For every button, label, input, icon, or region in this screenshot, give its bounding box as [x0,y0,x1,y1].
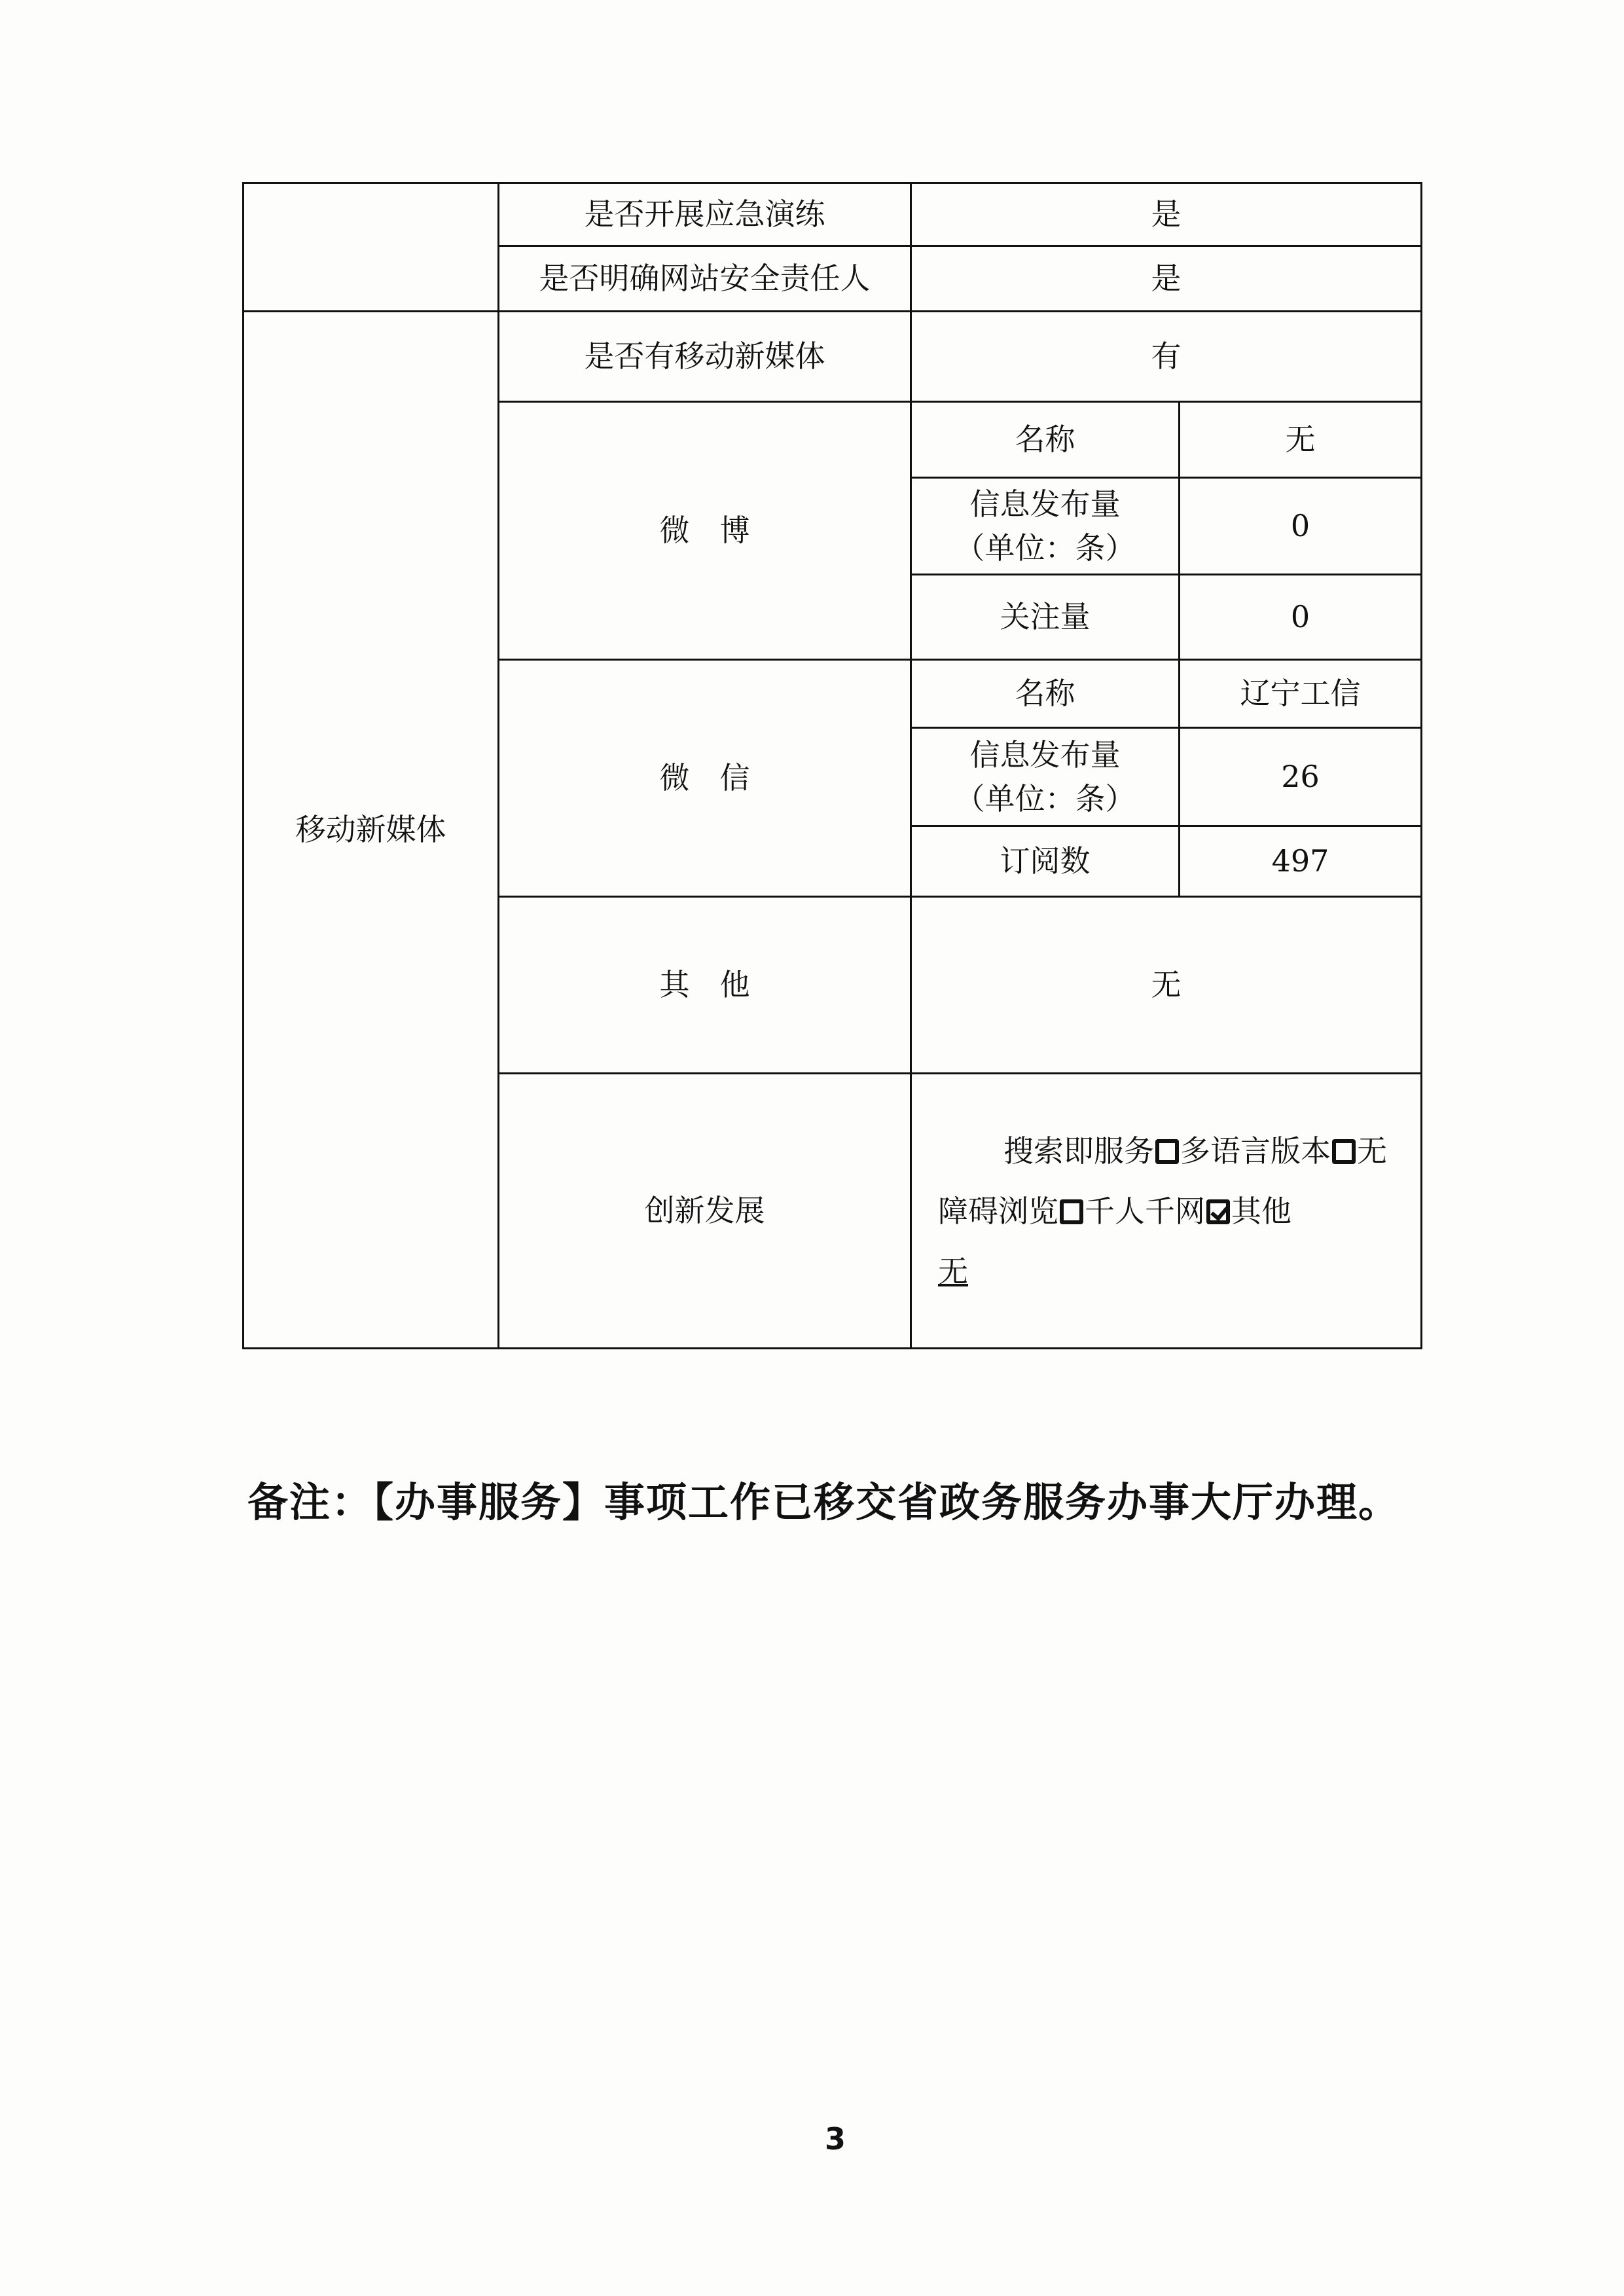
posts-label-line1: 信息发布量 [970,486,1121,522]
weibo-label: 微 博 [499,402,911,660]
footnote: 备注：【办事服务】事项工作已移交省政务服务办事大厅办理。 [247,1470,1400,1528]
wechat-posts-label: 信息发布量（单位：条） [911,728,1180,826]
row-value: 是 [911,183,1422,246]
other-value: 无 [911,897,1422,1074]
row-label: 是否开展应急演练 [499,183,911,246]
other-label: 其 他 [499,897,911,1074]
checkbox-other-checked[interactable] [1206,1199,1230,1224]
innovation-options: 搜索即服务多语言版本无障碍浏览千人千网其他无 [911,1074,1422,1349]
checkbox-accessibility[interactable] [1332,1139,1356,1164]
wechat-posts-value: 26 [1180,728,1422,826]
table-row: 是否开展应急演练 是 [244,183,1422,246]
option-multilingual: 多语言版本 [1180,1133,1331,1169]
row-label: 是否明确网站安全责任人 [499,246,911,312]
wechat-name-label: 名称 [911,660,1180,728]
weibo-posts-label: 信息发布量（单位：条） [911,478,1180,575]
weibo-posts-value: 0 [1180,478,1422,575]
checkbox-multilingual[interactable] [1155,1139,1179,1164]
innovation-label: 创新发展 [499,1074,911,1349]
weibo-name-label: 名称 [911,402,1180,478]
mobile-media-label: 移动新媒体 [244,312,499,1349]
empty-category-cell [244,183,499,312]
report-table: 是否开展应急演练 是 是否明确网站安全责任人 是 移动新媒体 是否有移动新媒体 … [242,182,1422,1349]
row-value: 是 [911,246,1422,312]
weibo-followers-value: 0 [1180,575,1422,660]
wechat-name-value: 辽宁工信 [1180,660,1422,728]
weibo-name-value: 无 [1180,402,1422,478]
posts-label-line2: （单位：条） [955,781,1136,816]
page-number: 3 [825,2121,846,2157]
option-other: 其他 [1231,1194,1291,1229]
wechat-subscribers-label: 订阅数 [911,826,1180,897]
option-personalized: 千人千网 [1085,1194,1205,1229]
has-media-label: 是否有移动新媒体 [499,312,911,402]
wechat-subscribers-value: 497 [1180,826,1422,897]
posts-label-line2: （单位：条） [955,530,1136,566]
table-row: 移动新媒体 是否有移动新媒体 有 [244,312,1422,402]
option-search-as-service: 搜索即服务 [1003,1133,1154,1169]
has-media-value: 有 [911,312,1422,402]
weibo-followers-label: 关注量 [911,575,1180,660]
posts-label-line1: 信息发布量 [970,737,1121,773]
other-innovation-value: 无 [938,1254,968,1289]
wechat-label: 微 信 [499,660,911,897]
checkbox-personalized[interactable] [1060,1199,1083,1224]
